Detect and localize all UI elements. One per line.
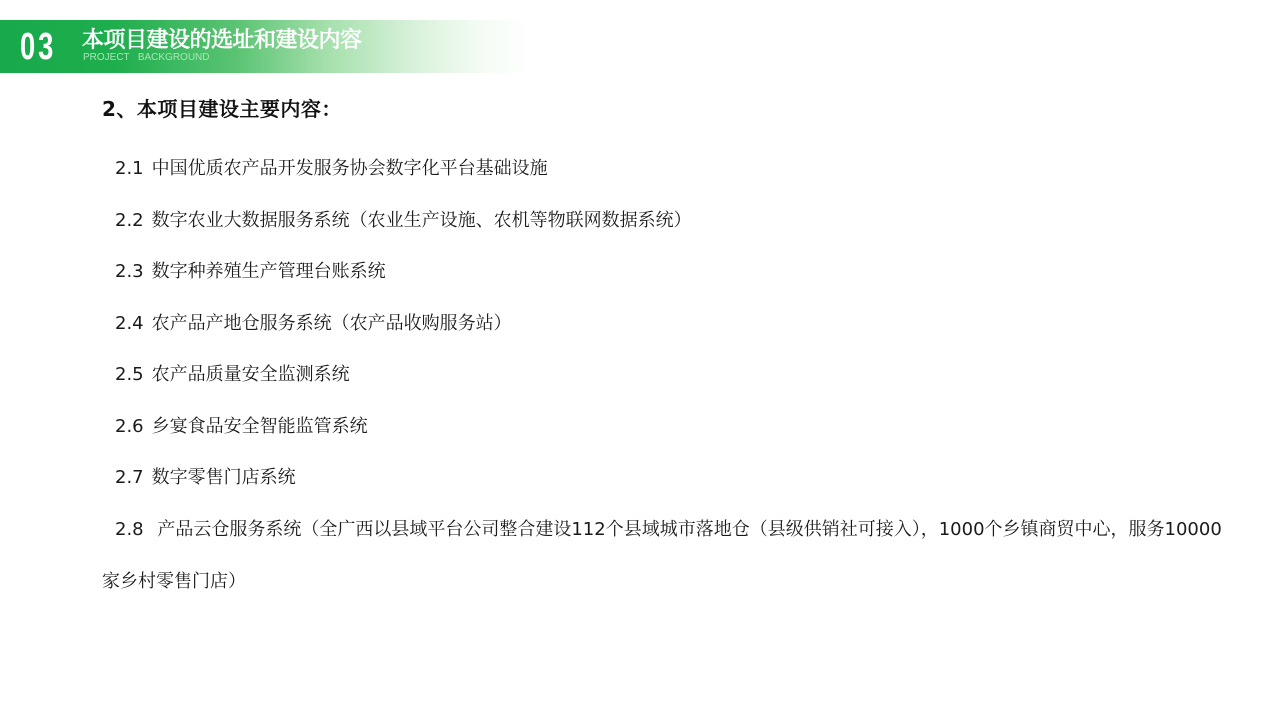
list-item-number: 2.6 [115, 416, 144, 437]
list-item-number: 2.4 [115, 313, 144, 334]
list-item-text: 中国优质农产品开发服务协会数字化平台基础设施 [152, 158, 548, 179]
list-item-text: 数字零售门店系统 [152, 467, 296, 488]
content-heading: 2、本项目建设主要内容： [102, 92, 1222, 126]
section-banner: 03 本项目建设的选址和建设内容 PROJECT BACKGROUND [0, 20, 530, 73]
list-item-number: 2.1 [115, 158, 144, 179]
list-item: 2.8 产品云仓服务系统（全广西以县域平台公司整合建设112个县域城市落地仓（县… [102, 504, 1222, 608]
list-item-number: 2.2 [115, 210, 144, 231]
list-item-text: 农产品质量安全监测系统 [152, 364, 350, 385]
list-item: 2.6乡宴食品安全智能监管系统 [102, 401, 1222, 453]
list-item-text: 农产品产地仓服务系统（农产品收购服务站） [152, 313, 512, 334]
list-item-text: 产品云仓服务系统（全广西以县域平台公司整合建设112个县域城市落地仓（县级供销社… [102, 519, 1222, 592]
list-item: 2.1中国优质农产品开发服务协会数字化平台基础设施 [102, 143, 1222, 195]
content-list: 2.1中国优质农产品开发服务协会数字化平台基础设施 2.2数字农业大数据服务系统… [102, 143, 1222, 608]
list-item: 2.3数字种养殖生产管理台账系统 [102, 246, 1222, 298]
list-item-text: 乡宴食品安全智能监管系统 [152, 416, 368, 437]
list-item: 2.4农产品产地仓服务系统（农产品收购服务站） [102, 298, 1222, 350]
list-item-number: 2.5 [115, 364, 144, 385]
list-item-text: 数字种养殖生产管理台账系统 [152, 261, 386, 282]
content-area: 2、本项目建设主要内容： 2.1中国优质农产品开发服务协会数字化平台基础设施 2… [102, 92, 1222, 608]
list-item-text: 数字农业大数据服务系统（农业生产设施、农机等物联网数据系统） [152, 210, 692, 231]
slide: 03 本项目建设的选址和建设内容 PROJECT BACKGROUND 2、本项… [0, 0, 1280, 720]
list-item-number: 2.3 [115, 261, 144, 282]
section-title: 本项目建设的选址和建设内容 [82, 27, 362, 55]
list-item-number: 2.7 [115, 467, 144, 488]
section-subtitle: PROJECT BACKGROUND [83, 52, 210, 64]
list-item: 2.7数字零售门店系统 [102, 452, 1222, 504]
list-item-number: 2.8 [115, 519, 144, 540]
section-number: 03 [20, 25, 56, 69]
list-item: 2.2数字农业大数据服务系统（农业生产设施、农机等物联网数据系统） [102, 195, 1222, 247]
list-item: 2.5农产品质量安全监测系统 [102, 349, 1222, 401]
